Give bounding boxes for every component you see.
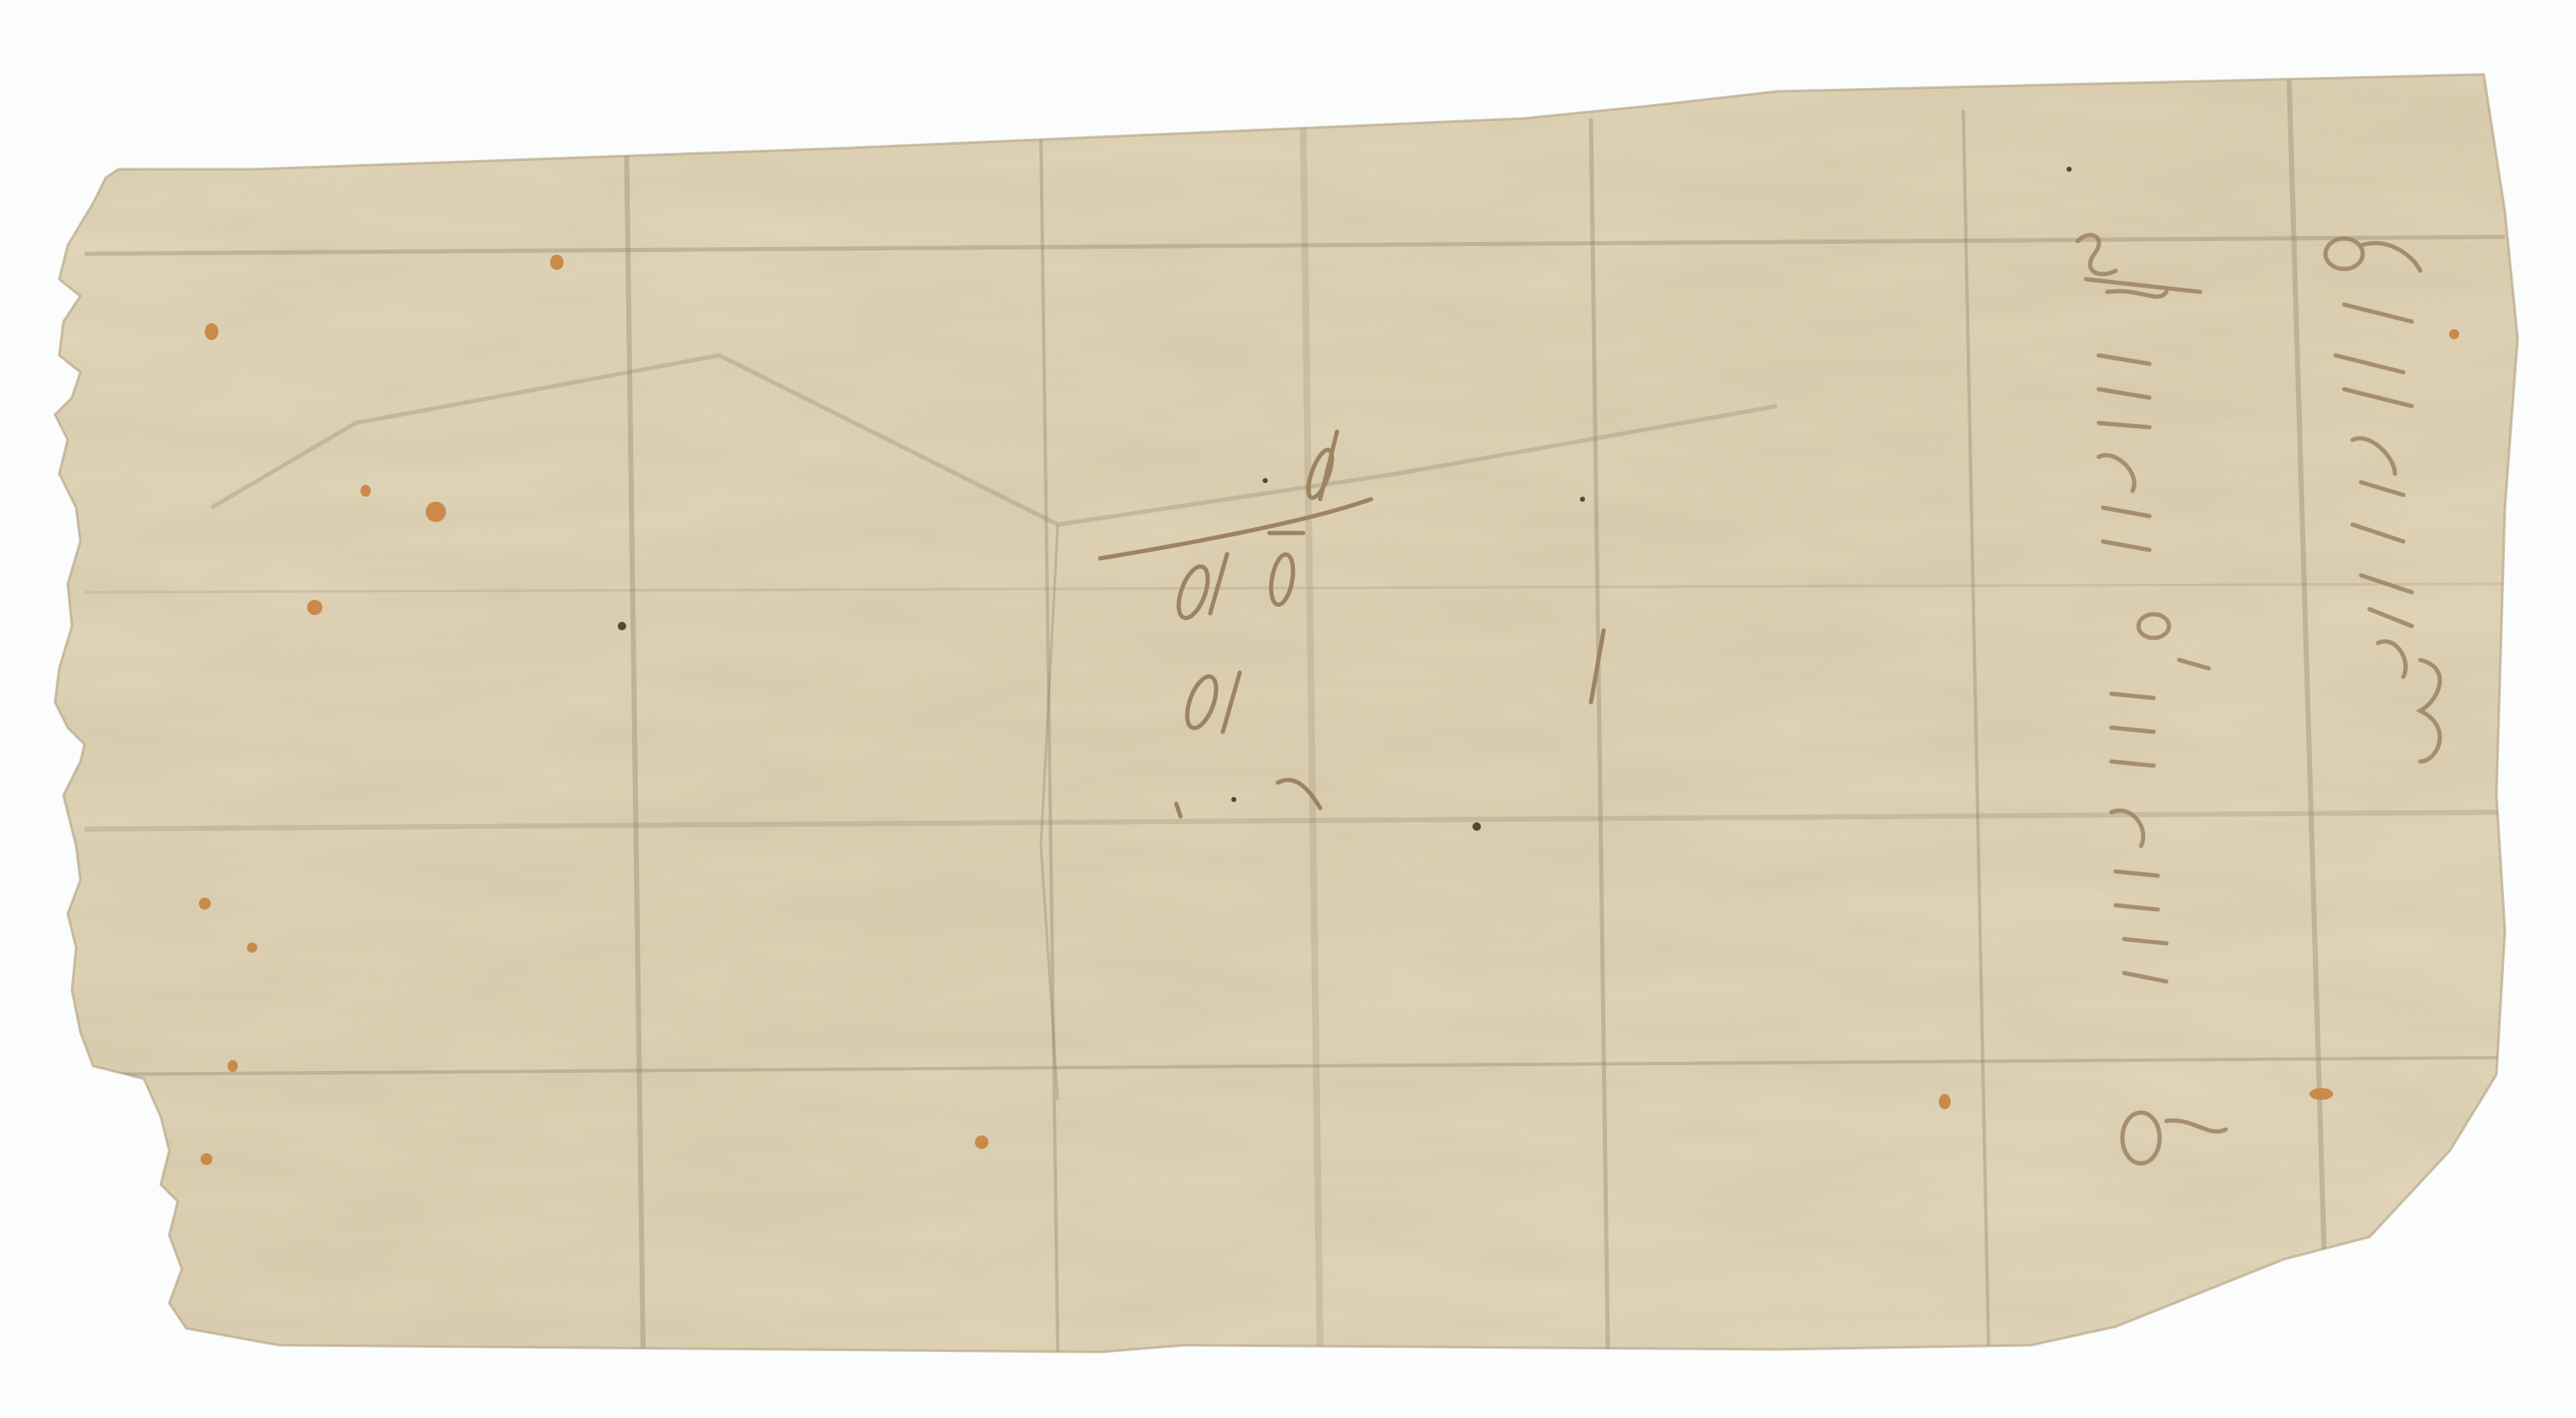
figure-1: 10 <box>1252 474 1307 523</box>
figure-3: 10 <box>1185 677 1239 726</box>
endorsement-line-1: Ed Wharton <box>2359 254 2429 614</box>
endorsement-line-2: Thomas Simson <box>2131 254 2200 728</box>
stray-mark: 1 <box>1591 643 1623 702</box>
figure-2: 10 <box>1185 567 1239 616</box>
